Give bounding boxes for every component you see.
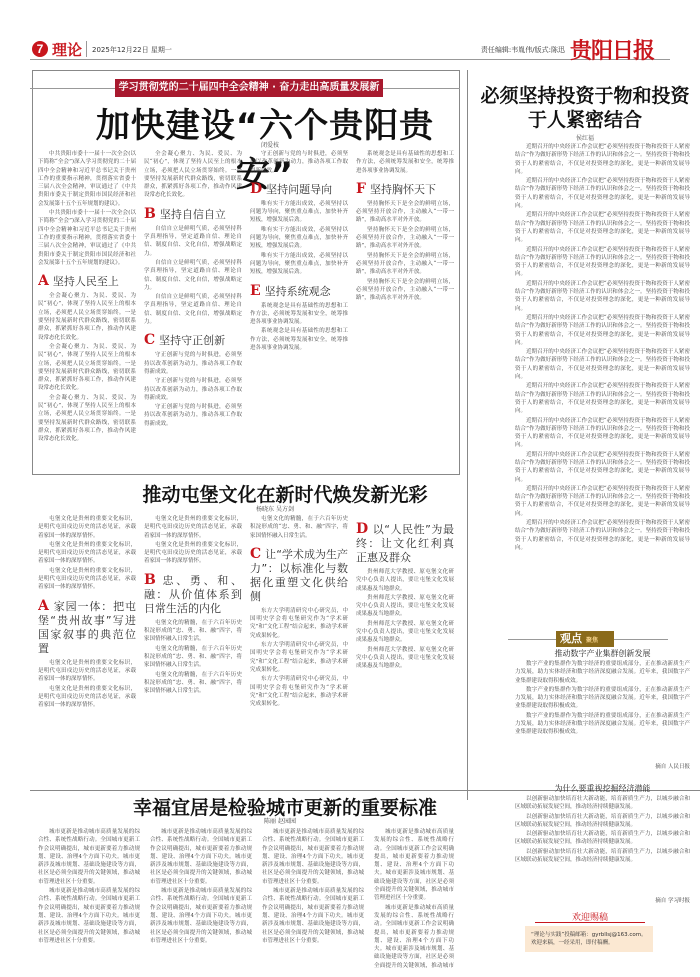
urban-col-2: 城市更新是推动城市高质量发展的综合性、系统性战略行动。全国城市更新工作会议明确提… [150, 828, 252, 968]
section-heading: C坚持守正创新 [144, 332, 242, 348]
culture-col-3: 屯堡文化的精髓，在于六百年历史积淀形成的“忠、勇、和、融”四字，将家国情怀融入日… [250, 515, 348, 785]
right-article-title: 必须坚持投资于物和投资于人紧密结合 [480, 84, 690, 132]
newspaper-logo: 贵阳日报 [570, 34, 654, 65]
right-article-body: 近期召开的中央经济工作会议把“必须坚持投资于物和投资于人紧密结合”作为做好新形势… [515, 143, 690, 623]
right-byline: 侯红福 [560, 133, 610, 142]
feature-byline: 闭爱枝 [230, 140, 310, 149]
column-divider [467, 70, 468, 800]
submission-box: “理论与实践”投稿邮箱：gyrbllsj@163.com。欢迎来稿，一经采用，即… [525, 926, 653, 952]
section-heading: B忠、勇、和、融：从价值体系到日常生活的内化 [144, 572, 242, 616]
editor-credit: 责任编辑:韦胤伟/版式:陈迅 [380, 45, 565, 55]
section-heading: A坚持人民至上 [38, 273, 136, 289]
section-heading: B坚持自信自立 [144, 206, 242, 222]
culture-title: 推动屯堡文化在新时代焕发新光彩 [140, 480, 430, 507]
opinion-2-title: 为什么要重视挖掘经济潜能 [515, 783, 690, 794]
issue-date: 2025年12月22日 星期一 [92, 45, 172, 55]
section-heading: C让“学术成为生产力”：以标准化与数据化重塑文化供给侧 [250, 546, 348, 604]
urban-col-3: 城市更新是推动城市高质量发展的综合性、系统性战略行动。全国城市更新工作会议明确提… [262, 828, 364, 968]
page-number: 7 [32, 41, 48, 57]
opinion-2-body: 以创新驱动加快培育壮大新动能，培育新质生产力，以城乡融合和区域联动拓展发展空间，… [515, 795, 690, 895]
urban-col-1: 城市更新是推动城市高质量发展的综合性、系统性战略行动。全国城市更新工作会议明确提… [38, 828, 140, 968]
feature-col-1: 中共贵阳市委十一届十一次全会(以下简称“全会”)深入学习贯彻党的二十届四中全会精… [38, 150, 136, 470]
opinion-1-source: 摘自 人民日报 [515, 762, 690, 770]
opinion-1-title: 推动数字产业集群创新发展 [515, 648, 690, 659]
opinion-1-body: 数字产业的集群作为数字经济的重要组成部分，正在推动新质生产力发展，助力实体经济和… [515, 660, 690, 760]
culture-byline: 杨晓东 吴方剑 [230, 504, 320, 513]
opinion-2-source: 摘自 学习时报 [515, 896, 690, 904]
feature-col-4: 系统观念是具有基础性的思想和工作方法，必须统筹发展和安全，统筹推进各项事业协调发… [356, 150, 454, 470]
header-divider [86, 41, 87, 57]
feature-banner: 学习贯彻党的二十届四中全会精神 · 奋力走出高质量发展新路 [115, 79, 383, 97]
section-heading: D以“人民性”为最终：让文化红利真正惠及群众 [356, 521, 454, 565]
section-heading: D坚持问题导向 [250, 181, 348, 197]
culture-col-2: 屯堡文化是贵州的重要文化标识，是明代屯田戍边历史的活态见证，承载着家国一体的深厚… [144, 515, 242, 785]
feature-col-2: 全会凝心聚力、为民、爱民、为民“初心”，体现了坚持人民至上的根本立场，必须把人民… [144, 150, 242, 470]
urban-col-4: 城市更新是推动城市高质量发展的综合性、系统性战略行动。全国城市更新工作会议明确提… [374, 828, 454, 968]
culture-col-1: 屯堡文化是贵州的重要文化标识，是明代屯田戍边历史的活态见证，承载着家国一体的深厚… [38, 515, 136, 785]
submission-rule [535, 922, 645, 923]
section-title: 理论 [52, 39, 82, 60]
culture-col-4: D以“人民性”为最终：让文化红利真正惠及群众 贵州师范大学教授、原屯堡文化研究中… [356, 515, 454, 785]
section-heading: A家园一体：把屯堡“贵州故事”写进国家叙事的典范位置 [38, 598, 136, 656]
feature-col-3: 守正创新与党的与时俱进，必须坚持以改革创新为动力，推动各项工作取得新成效。 D坚… [250, 150, 348, 470]
urban-byline: 陈丽 赵园园 [240, 816, 320, 825]
section-heading: E坚持系统观念 [250, 283, 348, 299]
opinion-badge: 观点聚焦 [556, 631, 614, 647]
section-heading: F坚持胸怀天下 [356, 181, 454, 197]
